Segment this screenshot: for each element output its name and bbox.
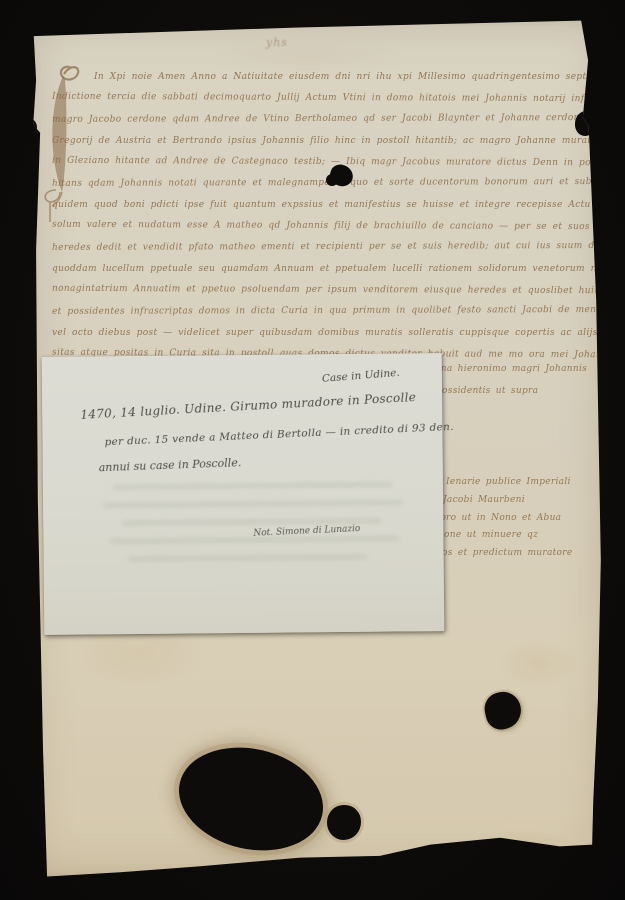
large-oval-hole — [169, 734, 334, 864]
manuscript-line: magro Jacobo cerdone qdam Andree de Vtin… — [52, 109, 600, 130]
manuscript-line: in Gleziano hitante ad Andree de Castegn… — [52, 152, 600, 173]
manuscript-fragment: Ienarie publice Imperiali — [446, 477, 571, 487]
slip-line: annui su case in Poscolle. — [99, 456, 242, 474]
manuscript-line: In Xpi noie Amen Anno a Natiuitate eiusd… — [52, 68, 625, 87]
wax-seal-hole — [482, 689, 525, 733]
left-edge-notch — [25, 119, 37, 136]
archival-slip: Case in Udine. 1470, 14 luglio. Udine. G… — [42, 353, 445, 635]
slip-line: 1470, 14 luglio. Udine. Girumo muradore … — [80, 390, 416, 422]
manuscript-line: vel octo diebus post — videlicet super q… — [52, 324, 600, 343]
manuscript-line: quoddam lucellum ppetuale seu quamdam An… — [52, 260, 600, 279]
show-through-line — [103, 499, 403, 508]
stain — [458, 828, 578, 878]
show-through-line — [113, 482, 393, 491]
manuscript-fragment: pos et predictum muratore — [436, 548, 573, 558]
slip-corner-note: Case in Udine. — [322, 367, 401, 385]
slip-line: per duc. 15 vende a Matteo di Bertolla —… — [104, 421, 454, 449]
right-edge-notch — [575, 111, 597, 136]
manuscript-line: quidem quod boni pdicti ipse fuit quantu… — [52, 196, 600, 215]
small-round-hole — [327, 805, 361, 840]
manuscript-line: nonagintatrium Annuatim et ppetuo psolue… — [52, 280, 600, 301]
manuscript-line: et possidentes infrascriptas domos in di… — [52, 301, 600, 322]
manuscript-fragment: Jacobi Maurbeni — [443, 495, 525, 505]
photograph-of-parchment-deed: yhs In Xpi noie Amen Anno a Natiuitate e… — [0, 0, 625, 900]
stain — [498, 638, 578, 688]
manuscript-line: solum valere et nudatum esse A matheo qd… — [52, 216, 600, 237]
clover-hole-lobe — [326, 174, 338, 186]
manuscript-fragment: pro ut in Nono et Abua — [440, 513, 561, 523]
invocation-mark: yhs — [266, 36, 288, 49]
manuscript-fragment: possidentis ut supra — [436, 386, 538, 396]
show-through-line — [109, 536, 399, 545]
manuscript-line: Indictione tercia die sabbati decimoquar… — [52, 88, 600, 109]
manuscript-fragment: ma hieronimo magri Johannis — [438, 364, 587, 374]
manuscript-fragment: done ut minuere qz — [438, 530, 538, 540]
manuscript-line: heredes dedit et vendidit pfato matheo e… — [52, 237, 600, 258]
show-through-line — [128, 554, 368, 562]
manuscript-line: Gregorij de Austria et Bertrando ipsius … — [52, 132, 600, 151]
